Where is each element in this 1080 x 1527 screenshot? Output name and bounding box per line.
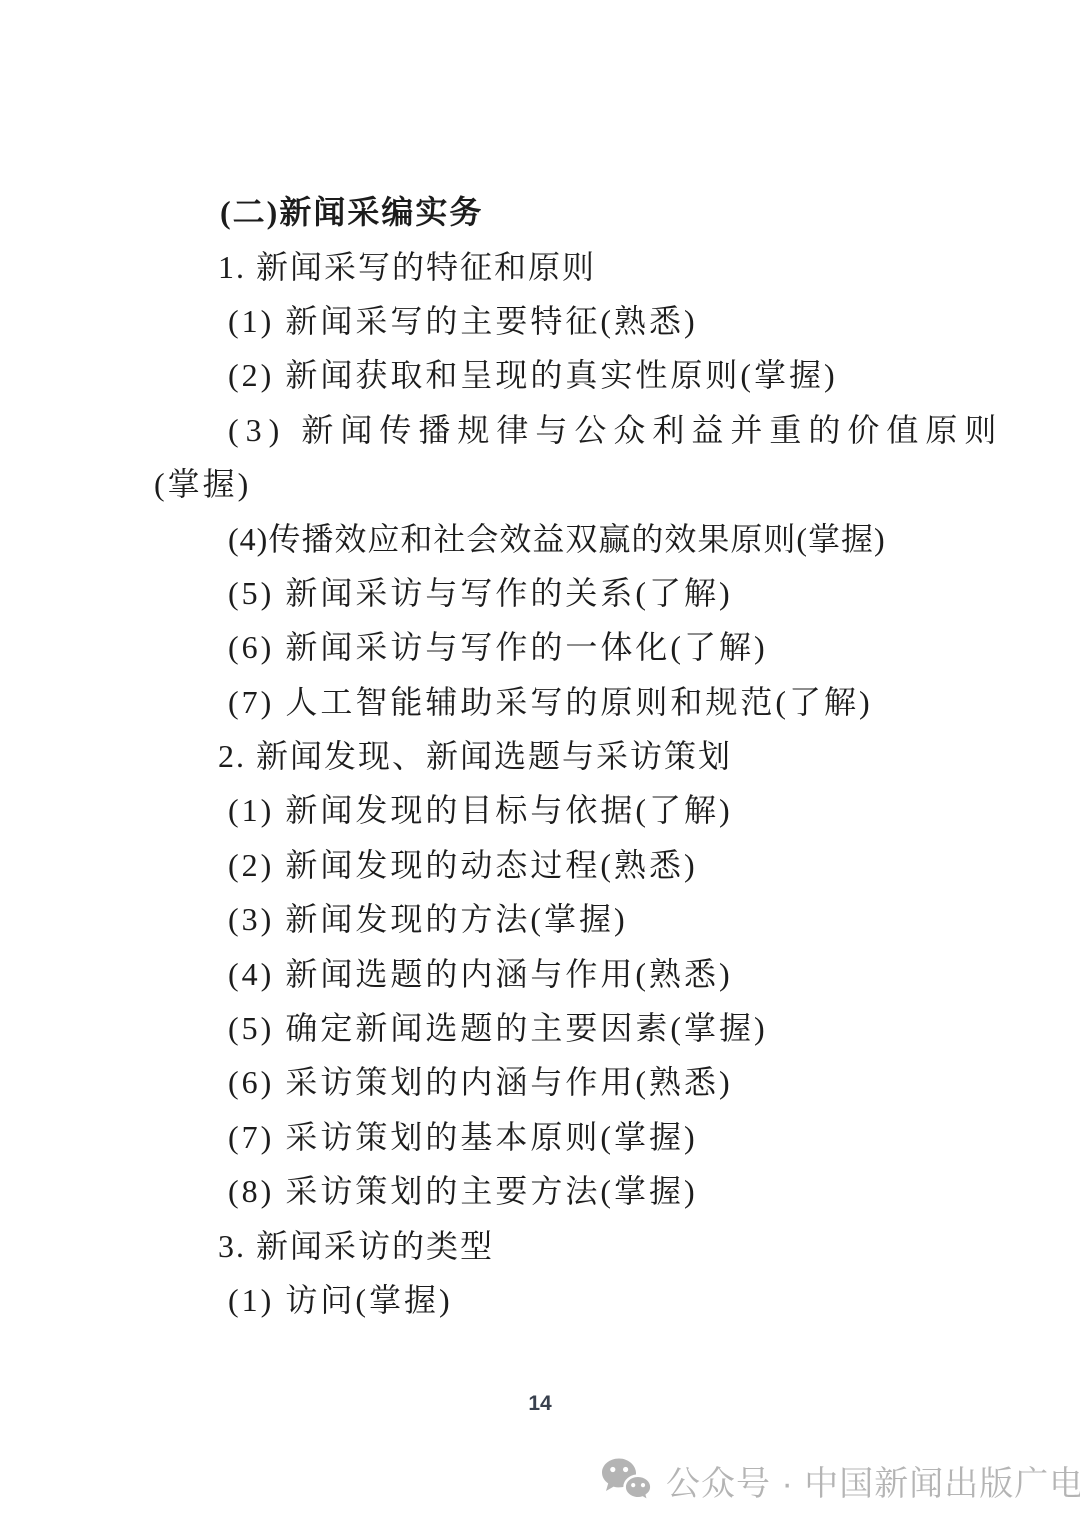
sub-item: (8) 采访策划的主要方法(掌握) [228,1162,952,1216]
wechat-icon [601,1457,653,1504]
sub-item: (4) 新闻选题的内涵与作用(熟悉) [228,944,952,998]
sub-item: (7) 人工智能辅助采写的原则和规范(了解) [228,673,952,727]
sub-item: (6) 新闻采访与写作的一体化(了解) [228,618,952,672]
watermark-footer: 公众号 · 中国新闻出版广电报 [601,1456,1080,1505]
sub-item: (7) 采访策划的基本原则(掌握) [228,1108,952,1162]
sub-item: (5) 确定新闻选题的主要因素(掌握) [228,999,952,1053]
sub-item: (5) 新闻采访与写作的关系(了解) [228,564,952,618]
section-heading: (二)新闻采编实务 [220,183,952,237]
sub-item: (3) 新闻发现的方法(掌握) [228,890,952,944]
sub-item: (4)传播效应和社会效益双赢的效果原则(掌握) [228,509,952,563]
sub-item: (3) 新闻传播规律与公众利益并重的价值原则 [228,401,952,455]
page-number: 14 [0,1392,1080,1416]
continuation-line: (掌握) [154,455,952,509]
sub-item: (2) 新闻获取和呈现的真实性原则(掌握) [228,346,952,400]
sub-item: (2) 新闻发现的动态过程(熟悉) [228,836,952,890]
document-body: (二)新闻采编实务 1. 新闻采写的特征和原则 (1) 新闻采写的主要特征(熟悉… [152,183,952,1325]
numbered-item-1: 1. 新闻采写的特征和原则 [218,237,952,291]
sub-item: (1) 新闻采写的主要特征(熟悉) [228,292,952,346]
numbered-item-2: 2. 新闻发现、新闻选题与采访策划 [218,727,952,781]
watermark-text: 公众号 · 中国新闻出版广电报 [666,1456,1080,1505]
sub-item: (1) 新闻发现的目标与依据(了解) [228,781,952,835]
sub-item: (6) 采访策划的内涵与作用(熟悉) [228,1053,952,1107]
document-page: (二)新闻采编实务 1. 新闻采写的特征和原则 (1) 新闻采写的主要特征(熟悉… [0,0,1080,1527]
sub-item: (1) 访问(掌握) [228,1271,952,1325]
numbered-item-3: 3. 新闻采访的类型 [218,1216,952,1270]
